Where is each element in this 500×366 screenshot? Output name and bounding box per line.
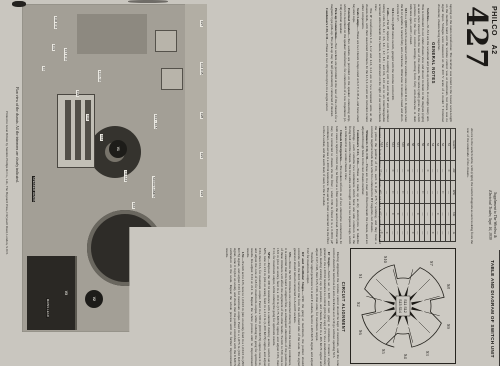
switch-name-cell: S13	[384, 129, 389, 161]
paragraph: Coils.—The IF rejector coil L1, the coup…	[374, 4, 391, 122]
switch-table-body: S1C———S2—C——S3——C—S4———CS5C———S6—C——S7——…	[379, 129, 450, 242]
paragraph: S16 is the QMB mains switch, ganged with…	[391, 4, 395, 122]
photo-label: C30 C31	[54, 16, 57, 29]
switch-state-cell: —	[384, 160, 389, 180]
diagram-center-label: S11 S12	[403, 299, 407, 313]
photo-label: V1	[116, 146, 119, 152]
paragraph: Chassis Divergencies.—The makers inform …	[322, 126, 343, 244]
switch-state-cell: —	[440, 204, 445, 224]
switch-state-cell: C	[389, 181, 394, 204]
paragraph-lead: Pick-up Connections.—	[334, 8, 338, 43]
switch-state-cell: —	[384, 204, 389, 224]
photo-gang-slot-3	[65, 100, 71, 160]
switch-state-cell: C	[445, 160, 450, 180]
paragraph-lead: Switches.—	[426, 8, 430, 25]
switch-state-cell: —	[425, 224, 430, 241]
switch-table-header-cell: MW	[450, 181, 455, 204]
switch-name-cell: S9	[405, 129, 410, 161]
diagram-switch-label: S1	[358, 274, 363, 279]
photo-if-can-1	[155, 30, 177, 52]
diagram-switch-label: S7	[429, 261, 434, 266]
paragraph: Switches.—S1-S14 are the waveband and pi…	[409, 4, 430, 122]
switch-state-cell: C	[420, 181, 425, 204]
switch-state-cell: C	[430, 224, 435, 241]
switch-name-cell: S5	[425, 129, 430, 161]
switch-state-cell: C	[435, 204, 440, 224]
photo-label: C12	[100, 134, 103, 141]
paragraph: SW.—Since the SW trimmers are connected …	[271, 248, 292, 366]
paragraph-lead: SW.—	[288, 252, 292, 261]
switch-name-cell: S8	[410, 129, 415, 161]
switch-table-row: S7——C—	[415, 129, 420, 242]
paragraph: Pick-up Connections.—Two sockets are pro…	[330, 4, 338, 122]
photo-mains-transformer	[27, 256, 77, 330]
paragraph: tapping on the mains transformer. The re…	[436, 4, 453, 122]
switch-state-cell: C	[425, 160, 430, 180]
switch-state-cell: —	[384, 181, 389, 204]
switch-state-cell: C	[405, 160, 410, 180]
paragraph: Condensers C21, C24.—These are made up a…	[343, 126, 360, 244]
diagram-center-label: S13 S14	[398, 299, 402, 313]
switch-state-cell: —	[435, 181, 440, 204]
switch-name-cell: S6	[420, 129, 425, 161]
switch-table-row: S3——C—	[435, 129, 440, 242]
paragraph-lead: Condensers C21, C24.—	[356, 130, 360, 168]
text-column-2: mounted on the front member of the chass…	[207, 126, 382, 244]
switch-state-cell: —	[405, 181, 410, 204]
switch-state-cell: —	[415, 160, 420, 180]
switch-state-cell: —	[415, 224, 420, 241]
paragraph-lead: S15	[404, 8, 408, 13]
switch-state-cell: —	[440, 160, 445, 180]
paragraph-lead: External Speaker.—	[347, 8, 351, 38]
paragraph: RF and Oscillator Stages.—With the gang …	[293, 248, 305, 366]
switch-table-row: S13———C	[384, 129, 389, 242]
diagram-switch-label: S6	[358, 330, 363, 335]
photo-label: L13 L14	[98, 70, 101, 82]
paragraph: External Speaker.—Two sockets are provid…	[339, 4, 351, 122]
switch-state-cell: C	[415, 204, 420, 224]
switch-diagram-graphic: S11 S12S13 S14S7S8S9S10S3S4S5S6S1S2	[350, 248, 456, 364]
diagram-switch-label: S5	[381, 349, 386, 354]
switch-state-cell: —	[430, 181, 435, 204]
switch-table-head: SwitchLWMWSWG	[450, 129, 455, 242]
switch-state-cell: —	[445, 204, 450, 224]
photo-label: C16	[132, 202, 135, 209]
photo-label: C27	[200, 20, 203, 27]
paragraph-lead: S16	[391, 8, 395, 13]
switch-state-cell: —	[410, 160, 415, 180]
photo-if-can-2	[161, 68, 183, 90]
paragraph-lead: IF Stages.—	[327, 252, 331, 271]
switch-name-cell: S1	[445, 129, 450, 161]
switch-state-cell: —	[405, 224, 410, 241]
switch-state-cell: —	[405, 204, 410, 224]
scan-smudge-2	[128, 0, 168, 3]
photo-label: C13 - C15	[154, 114, 157, 129]
switch-state-cell: —	[445, 224, 450, 241]
paragraph: mounted on the front member of the chass…	[370, 126, 382, 244]
paragraph: LW.—Switch set to LW, tune to 1,034.5 m …	[224, 248, 245, 366]
switch-state-cell: —	[394, 224, 399, 241]
switch-state-cell: C	[389, 160, 394, 180]
diagram-switch-label: S8	[446, 284, 451, 289]
text-column-3: CIRCUIT ALIGNMENTDuring alignment the vo…	[129, 248, 347, 366]
switch-state-cell: —	[410, 181, 415, 204]
switch-state-cell: —	[430, 160, 435, 180]
switch-name-cell: S4	[430, 129, 435, 161]
paragraph: During alignment the volume control shou…	[332, 248, 340, 366]
photo-label: V2	[92, 296, 95, 302]
switch-table-row: S8———C	[410, 129, 415, 242]
switch-table-caption: Above is the switch table, with (right) …	[466, 128, 474, 244]
portrait-page: PHILCO A2 427 Supplement to The Wireless…	[0, 0, 500, 366]
photo-label: SPEAKER LEADS	[32, 176, 35, 202]
paragraph-lead: MW.—	[267, 252, 271, 263]
switch-state-cell: —	[435, 160, 440, 180]
switch-state-cell: —	[399, 160, 404, 180]
switch-state-cell: C	[389, 204, 394, 224]
paragraph: Trimmers C34, C35.—These are in a dual u…	[361, 126, 369, 244]
paragraph: Transfer signal generator to A and E soc…	[306, 248, 314, 366]
photo-label: C26	[76, 90, 79, 97]
switch-state-cell: C	[410, 224, 415, 241]
photo-label: SCALE LAMPS	[152, 176, 155, 198]
switch-table-header-cell: LW	[450, 160, 455, 180]
switch-state-cell: —	[415, 181, 420, 204]
switch-name-cell: S3	[435, 129, 440, 161]
switch-state-cell: —	[425, 181, 430, 204]
masthead: PHILCO A2 427	[464, 6, 497, 86]
photo-label: C34 C35	[200, 62, 203, 75]
photo-label: C24	[200, 190, 203, 197]
switch-table-header-cell: G	[450, 224, 455, 241]
photo-label: C28	[200, 112, 203, 119]
supplement-note: Supplement to The Wireless & Electrical …	[488, 180, 497, 250]
switch-table-row: S1C———	[445, 129, 450, 242]
paragraph: Scale Lamps.—These are two Osram lamps r…	[352, 4, 360, 122]
switch-section-heading: TABLE AND DIAGRAM OF SWITCH UNIT	[490, 252, 495, 366]
photo-label: C33	[52, 44, 55, 51]
paragraph-lead: Chassis Divergencies.—	[339, 130, 343, 165]
paragraph: The IF transformers L11, L12 and L13, L1…	[361, 4, 373, 122]
switch-table-row: S2—C——	[440, 129, 445, 242]
paragraph-lead: LW.—	[241, 252, 245, 261]
switch-state-cell: —	[420, 160, 425, 180]
photo-gang-slot-2	[75, 100, 81, 160]
switch-state-cell: —	[420, 224, 425, 241]
switch-state-cell: C	[394, 204, 399, 224]
switch-state-cell: —	[410, 204, 415, 224]
switch-table-row: S11——C—	[394, 129, 399, 242]
diagram-switch-label: S10	[383, 256, 388, 264]
switch-state-cell: C	[399, 181, 404, 204]
switch-name-cell: S12	[389, 129, 394, 161]
photo-chassis-shadow	[77, 14, 147, 54]
paragraph: MW.—Replace the 400 Ω resistance with a …	[246, 248, 271, 366]
switch-name-cell: S2	[440, 129, 445, 161]
section-heading: GENERAL NOTES	[431, 4, 435, 122]
paragraph-lead: Coils.—	[386, 8, 390, 20]
paragraph: IF Stages.—Switch set to MW and turn gan…	[315, 248, 332, 366]
paragraph: Condensers C30, C31.—These are two dry e…	[325, 4, 329, 122]
section-heading: CIRCUIT ALIGNMENT	[341, 248, 345, 366]
switch-table-row: S9C———	[405, 129, 410, 242]
switch-state-cell: —	[399, 204, 404, 224]
paragraph-lead: Trimmers C34, C35.—	[365, 130, 369, 164]
switch-state-cell: —	[440, 224, 445, 241]
switch-state-cell: C	[440, 181, 445, 204]
paragraph: S15 is a QMB switch associated with the …	[396, 4, 408, 122]
switch-state-cell: C	[384, 224, 389, 241]
photo-label: MAINS LEAD	[46, 298, 49, 318]
diagram-switch-label: S3	[425, 351, 430, 356]
text-column-1: tapping on the mains transformer. The re…	[207, 4, 453, 122]
switch-state-cell: —	[394, 160, 399, 180]
scan-smudge	[12, 1, 26, 7]
switch-state-cell: —	[435, 224, 440, 241]
switch-state-cell: —	[389, 224, 394, 241]
supplement-line1: Supplement to The Wireless &	[492, 180, 497, 250]
switch-table-row: S12CCC—	[389, 129, 394, 242]
paragraph-lead: Condensers C30, C31.—	[325, 8, 329, 44]
diagram-switch-label: S4	[403, 354, 408, 359]
switch-table-row: S5C———	[425, 129, 430, 242]
photo-label: L11 L12	[124, 170, 127, 182]
switch-table-row: S4———C	[430, 129, 435, 242]
switch-state-cell: —	[430, 204, 435, 224]
diagram-switch-label: S9	[446, 324, 451, 329]
switch-table-header-cell: Switch	[450, 129, 455, 161]
photo-label: C36	[86, 114, 89, 121]
photo-label: C17 C14	[64, 48, 67, 61]
switch-unit-diagram: S11 S12S13 S14S7S8S9S10S3S4S5S6S1S2	[350, 248, 456, 364]
switch-name-cell: S11	[394, 129, 399, 161]
photo-label: C21	[200, 152, 203, 159]
sheet-number: 427	[464, 6, 490, 86]
switch-state-cell: —	[420, 204, 425, 224]
photo-label: C4	[42, 66, 45, 71]
photo-caption: Plan view of the chassis. All the trimme…	[15, 30, 19, 240]
photo-gang-slot-1	[85, 100, 91, 160]
paragraph-lead: RF and Oscillator Stages.—	[301, 252, 305, 295]
switch-state-cell: —	[399, 224, 404, 241]
switch-state-cell: —	[425, 204, 430, 224]
supplement-line2: Electrical Trader, Sept. 16, 1939	[488, 180, 493, 250]
switch-table: SwitchLWMWSWG S1C———S2—C——S3——C—S4———CS5…	[379, 128, 456, 242]
switch-name-cell: S7	[415, 129, 420, 161]
paragraph-lead: Scale Lamps.—	[356, 8, 360, 31]
switch-table-row: S10—C——	[399, 129, 404, 242]
switch-name-cell: S10	[399, 129, 404, 161]
photo-label: V3	[64, 290, 67, 296]
printer-imprint: Printed in Great Britain by Sanders Phil…	[5, 14, 9, 352]
switch-table-row: S6—C——	[420, 129, 425, 242]
diagram-switch-label: S2	[356, 302, 361, 307]
scanned-service-sheet: PHILCO A2 427 Supplement to The Wireless…	[0, 0, 500, 366]
switch-state-cell: —	[445, 181, 450, 204]
switch-state-cell: —	[394, 181, 399, 204]
switch-table-header-cell: SW	[450, 204, 455, 224]
